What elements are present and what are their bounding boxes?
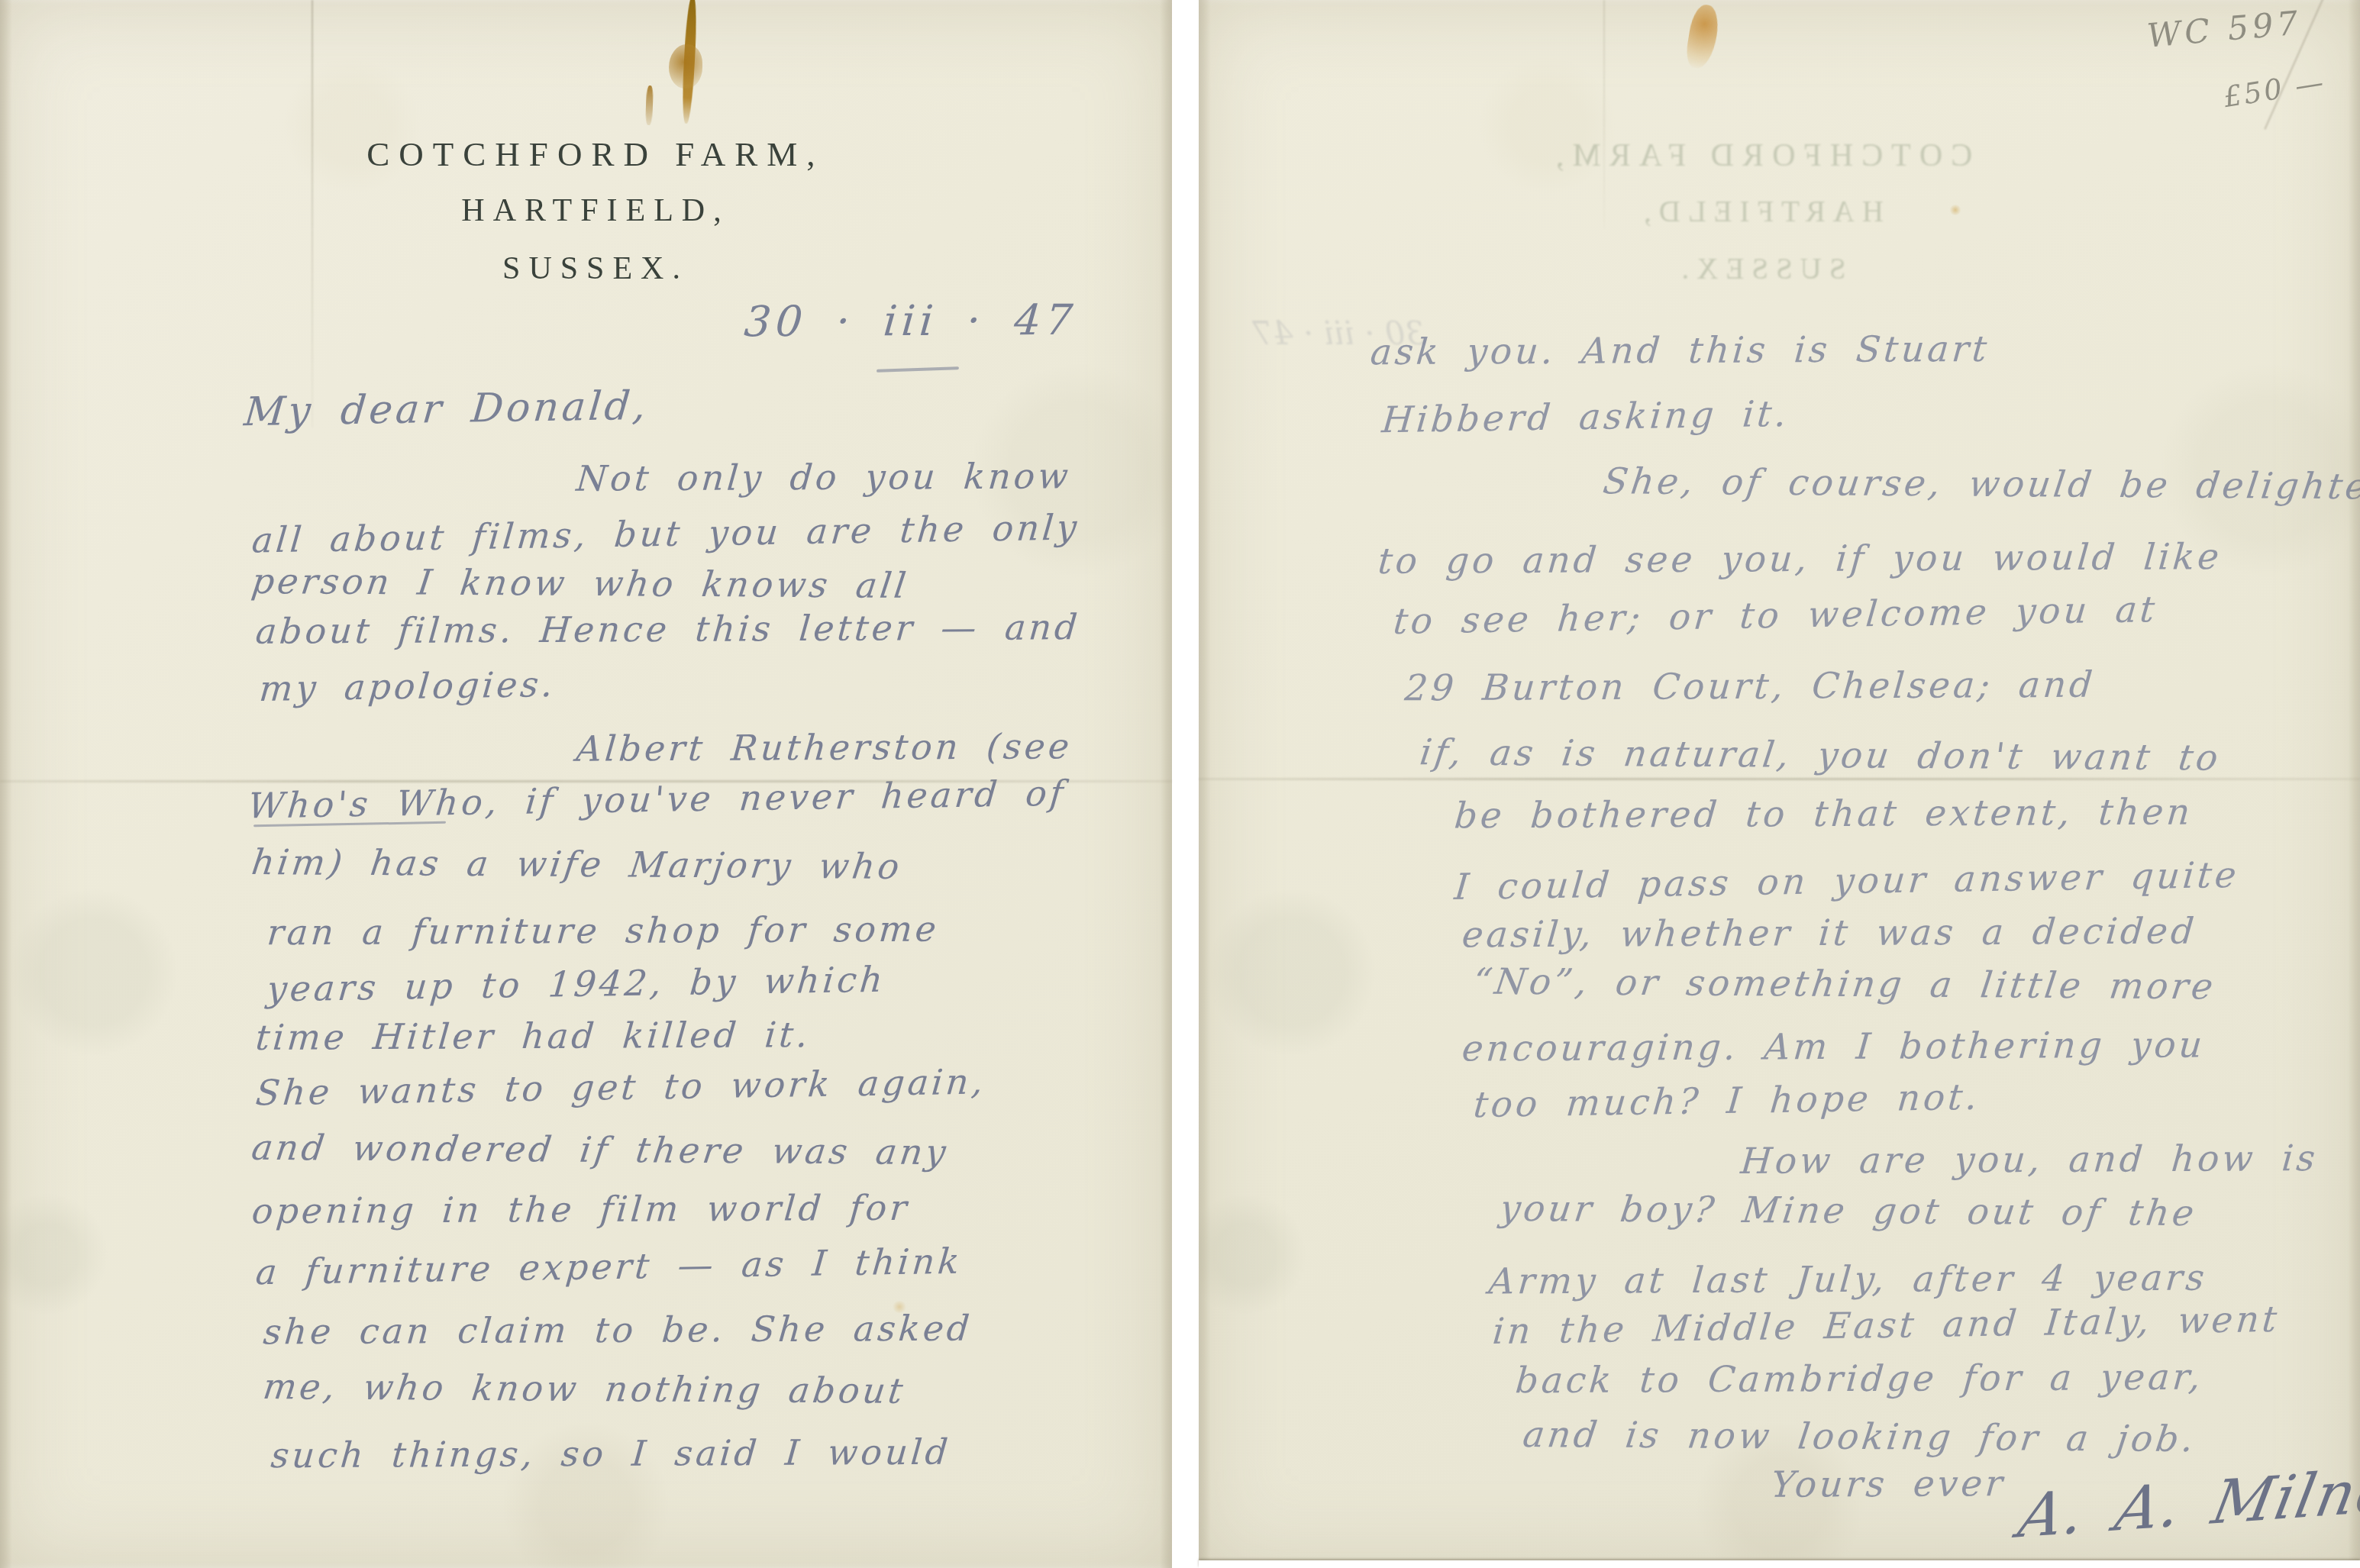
fold-crease-horizontal-left (0, 780, 1172, 782)
fold-crease-vertical-left (312, 0, 313, 427)
letterhead-bleed-farm: COTCHFORD FARM, (1470, 137, 2050, 174)
ink-stain-blob (669, 44, 702, 89)
handwritten-line: opening in the film world for (250, 1187, 912, 1232)
handwritten-line: be bothered to that extent, then (1453, 791, 2194, 837)
handwritten-line: ran a furniture shop for some (266, 908, 941, 953)
handwritten-line: person I know who knows all (250, 560, 912, 606)
handwritten-line: and wondered if there was any (250, 1127, 951, 1173)
letterhead-bleed-county: SUSSEX. (1470, 252, 2050, 286)
handwritten-line: Hibberd asking it. (1380, 393, 1791, 441)
handwritten-line: back to Cambridge for a year, (1514, 1357, 2205, 1402)
handwritten-line: such things, so I said I would (270, 1431, 953, 1476)
letterhead-bleed-town: HARTFIELD, (1470, 195, 2050, 229)
handwritten-line: me, who know nothing about (261, 1366, 909, 1412)
handwritten-line: about films. Hence this letter — and (254, 606, 1082, 652)
handwritten-line: How are you, and how is (1739, 1137, 2320, 1182)
handwritten-line: She, of course, would be delighted (1600, 460, 2360, 508)
page-bottom-edge (1199, 1560, 2360, 1568)
handwritten-line: Army at last July, after 4 years (1487, 1257, 2210, 1303)
letterhead-farm: COTCHFORD FARM, (267, 134, 924, 174)
fold-crease-vertical-right (1603, 0, 1605, 229)
handwritten-line: easily, whether it was a decided (1461, 910, 2199, 956)
fold-crease-horizontal-right (1199, 778, 2360, 780)
date: 30 · iii · 47 (742, 295, 1079, 346)
handwritten-line: Albert Rutherston (see (575, 725, 1074, 769)
handwritten-line: time Hitler had killed it. (254, 1014, 812, 1058)
handwritten-line: if, as is natural, you don't want to (1417, 731, 2223, 779)
foxing-spot (1949, 205, 1961, 215)
handwritten-line: and is now looking for a job. (1520, 1414, 2199, 1460)
handwritten-line: my apologies. (258, 663, 558, 709)
handwritten-line: him) has a wife Marjory who (250, 841, 906, 887)
handwritten-line: Not only do you know (575, 455, 1073, 498)
handwritten-line: “No”, or something a little more (1471, 961, 2218, 1008)
handwritten-line: she can claim to be. She asked (262, 1308, 974, 1353)
handwritten-line: to go and see you, if you would like (1377, 536, 2224, 582)
letter-scan: COTCHFORD FARM, HARTFIELD, SUSSEX. 30 · … (0, 0, 2360, 1568)
letterhead-town: HARTFIELD, (267, 192, 924, 229)
handwritten-line: your boy? Mine got out of the (1497, 1188, 2199, 1234)
letterhead-county: SUSSEX. (267, 250, 924, 287)
salutation-line: My dear Donald, (242, 383, 651, 435)
handwritten-line: too much? I hope not. (1472, 1076, 1982, 1127)
closing-line: Yours ever (1770, 1463, 2007, 1506)
foxing-spot (892, 1301, 907, 1313)
handwritten-line: ask you. And this is Stuart (1369, 328, 1991, 373)
handwritten-line: encouraging. Am I bothering you (1461, 1024, 2207, 1070)
handwritten-line: 29 Burton Court, Chelsea; and (1403, 664, 2097, 710)
